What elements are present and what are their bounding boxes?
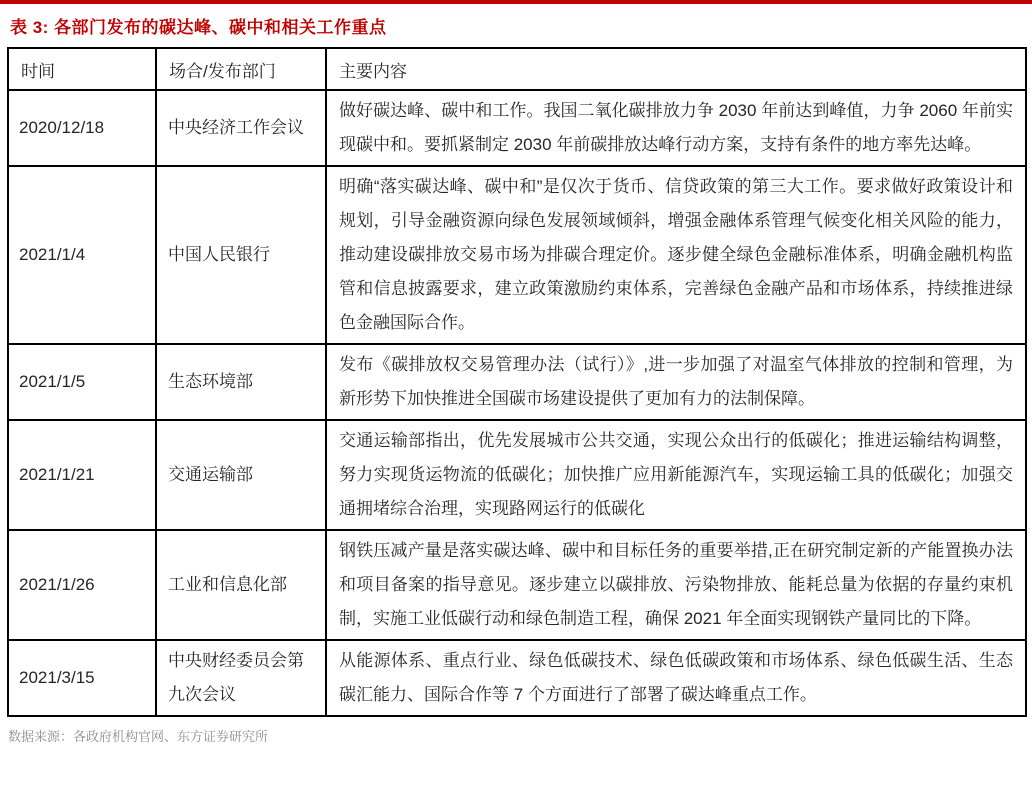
row-date-cell: 2020/12/18 xyxy=(8,90,156,166)
policy-table: 时间 场合/发布部门 主要内容 2020/12/18 中央经济工作会议 做好碳达… xyxy=(7,47,1027,717)
row-date-cell: 2021/1/26 xyxy=(8,530,156,640)
column-header-venue: 场合/发布部门 xyxy=(156,48,326,90)
row-content-cell: 明确“落实碳达峰、碳中和”是仅次于货币、信贷政策的第三大工作。要求做好政策设计和… xyxy=(326,166,1026,344)
row-venue-cell: 工业和信息化部 xyxy=(156,530,326,640)
row-content-cell: 发布《碳排放权交易管理办法（试行）》,进一步加强了对温室气体排放的控制和管理，为… xyxy=(326,344,1026,420)
row-content-cell: 从能源体系、重点行业、绿色低碳技术、绿色低碳政策和市场体系、绿色低碳生活、生态碳… xyxy=(326,640,1026,716)
column-header-content: 主要内容 xyxy=(326,48,1026,90)
table-row: 2021/3/15 中央财经委员会第九次会议 从能源体系、重点行业、绿色低碳技术… xyxy=(8,640,1026,716)
row-date-cell: 2021/1/5 xyxy=(8,344,156,420)
row-venue-cell: 中央财经委员会第九次会议 xyxy=(156,640,326,716)
row-venue-cell: 生态环境部 xyxy=(156,344,326,420)
row-date-cell: 2021/1/4 xyxy=(8,166,156,344)
row-venue-cell: 中国人民银行 xyxy=(156,166,326,344)
data-source-note: 数据来源：各政府机构官网、东方证券研究所 xyxy=(8,726,1032,745)
table-row: 2021/1/21 交通运输部 交通运输部指出，优先发展城市公共交通，实现公众出… xyxy=(8,420,1026,530)
row-content-cell: 钢铁压减产量是落实碳达峰、碳中和目标任务的重要举措,正在研究制定新的产能置换办法… xyxy=(326,530,1026,640)
table-title: 表 3: 各部门发布的碳达峰、碳中和相关工作重点 xyxy=(10,13,1032,38)
row-content-cell: 交通运输部指出，优先发展城市公共交通，实现公众出行的低碳化；推进运输结构调整，努… xyxy=(326,420,1026,530)
table-header-row: 时间 场合/发布部门 主要内容 xyxy=(8,48,1026,90)
table-row: 2021/1/4 中国人民银行 明确“落实碳达峰、碳中和”是仅次于货币、信贷政策… xyxy=(8,166,1026,344)
row-date-cell: 2021/3/15 xyxy=(8,640,156,716)
row-venue-cell: 交通运输部 xyxy=(156,420,326,530)
row-venue-cell: 中央经济工作会议 xyxy=(156,90,326,166)
table-row: 2020/12/18 中央经济工作会议 做好碳达峰、碳中和工作。我国二氧化碳排放… xyxy=(8,90,1026,166)
table-row: 2021/1/26 工业和信息化部 钢铁压减产量是落实碳达峰、碳中和目标任务的重… xyxy=(8,530,1026,640)
table-row: 2021/1/5 生态环境部 发布《碳排放权交易管理办法（试行）》,进一步加强了… xyxy=(8,344,1026,420)
column-header-time: 时间 xyxy=(8,48,156,90)
accent-top-rule xyxy=(0,0,1032,4)
row-date-cell: 2021/1/21 xyxy=(8,420,156,530)
report-table-page: 表 3: 各部门发布的碳达峰、碳中和相关工作重点 时间 场合/发布部门 主要内容… xyxy=(0,0,1032,812)
row-content-cell: 做好碳达峰、碳中和工作。我国二氧化碳排放力争 2030 年前达到峰值，力争 20… xyxy=(326,90,1026,166)
